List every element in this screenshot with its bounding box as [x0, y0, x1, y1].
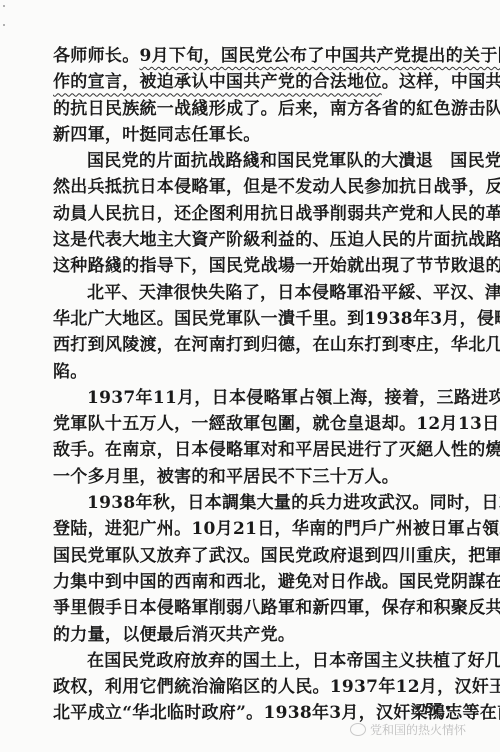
text-line: 的抗日民族統一战綫形成了。后来，南方各省的紅色游击队，改称为	[53, 96, 481, 122]
text-line: 一个多月里，被害的和平居民不下三十万人。	[53, 464, 481, 490]
text-line: 陷。	[53, 359, 481, 385]
text-line: 这种路綫的指导下，国民党战場一开始就出現了节节敗退的局面。	[53, 253, 481, 279]
text-line: 动員人民抗日，还企图利用抗日战爭削弱共产党和人民的革命力量。	[53, 201, 481, 227]
text-line: 登陆，进犯广州。10月21日，华南的門戶广州被日軍占領。25日，	[53, 516, 481, 542]
text-line: 作的宣言，被迫承认中国共产党的合法地位。这样，中国共产党领导	[53, 69, 481, 95]
text-line: 西打到风陵渡，在河南打到归德，在山东打到枣庄，华北几乎全部淪	[53, 332, 481, 358]
body-text: 各师师长。9月下旬，国民党公布了中国共产党提出的关于国共合 作的宣言，被迫承认中…	[53, 43, 481, 727]
text-line: 然出兵抵抗日本侵略軍，但是不发动人民参加抗日战爭，反对共产党	[53, 174, 481, 200]
text-line: 1937年11月，日本侵略軍占領上海，接着，三路进攻南京。国民	[53, 385, 481, 411]
text-line: 新四軍，叶挺同志任軍长。	[53, 122, 481, 148]
text-line: 力集中到中国的西南和西北，避免对日作战。国民党阴謀在抗日战	[53, 569, 481, 595]
section-heading-line: 国民党的片面抗战路綫和国民党軍队的大潰退 国民党政府虽	[53, 148, 481, 174]
scan-speck	[3, 5, 5, 7]
wechat-icon	[350, 723, 366, 736]
scanned-book-page: 各师师长。9月下旬，国民党公布了中国共产党提出的关于国共合 作的宣言，被迫承认中…	[0, 0, 500, 752]
text-segment: 各师师长。	[53, 46, 140, 66]
text-line: 华北广大地区。国民党軍队一潰千里。到1938年3月，侵略軍在山	[53, 306, 481, 332]
underlined-text: 9月下旬，国民党公布了中国共产党提出的关于国共合	[140, 46, 500, 66]
watermark: 党和国的热火情怀	[350, 721, 466, 738]
text-line: 党軍队十五万人，一經敌軍包圍，就仓皇退却。12月13日，南京陷入	[53, 411, 481, 437]
text-line: 1938年秋，日本調集大量的兵力进攻武汉。同时，日軍又在广东	[53, 490, 481, 516]
text-line: 这是代表大地主大資产阶級利益的、压迫人民的片面抗战路綫。在	[53, 227, 481, 253]
text-line: 政权，利用它們統治淪陷区的人民。1937年12月，汉奸王克敏等在	[53, 674, 481, 700]
text-line: 各师师长。9月下旬，国民党公布了中国共产党提出的关于国共合	[53, 43, 481, 69]
text-line: 敌手。在南京，日本侵略軍对和平居民进行了灭絕人性的燒杀淫掠，	[53, 437, 481, 463]
watermark-text: 党和国的热火情怀	[370, 721, 466, 738]
page-number: • 57 •	[415, 700, 451, 717]
text-segment: 。这样，中国共产党领导	[382, 72, 500, 92]
underlined-text: 作的宣言，被迫承认中国共产党的合法地位	[53, 72, 382, 92]
text-line: 在国民党政府放弃的国土上，日本帝国主义扶植了好几个傀儡	[53, 648, 481, 674]
text-line: 的力量，以便最后消灭共产党。	[53, 622, 481, 648]
text-line: 爭里假手日本侵略軍削弱八路軍和新四軍，保存和积聚反共反人民	[53, 595, 481, 621]
text-line: 国民党軍队又放弃了武汉。国民党政府退到四川重庆，把軍队的主	[53, 543, 481, 569]
text-line: 北平、天津很快失陷了，日本侵略軍沿平綏、平汉、津浦鉄路进犯	[53, 280, 481, 306]
scan-speck	[3, 24, 5, 26]
